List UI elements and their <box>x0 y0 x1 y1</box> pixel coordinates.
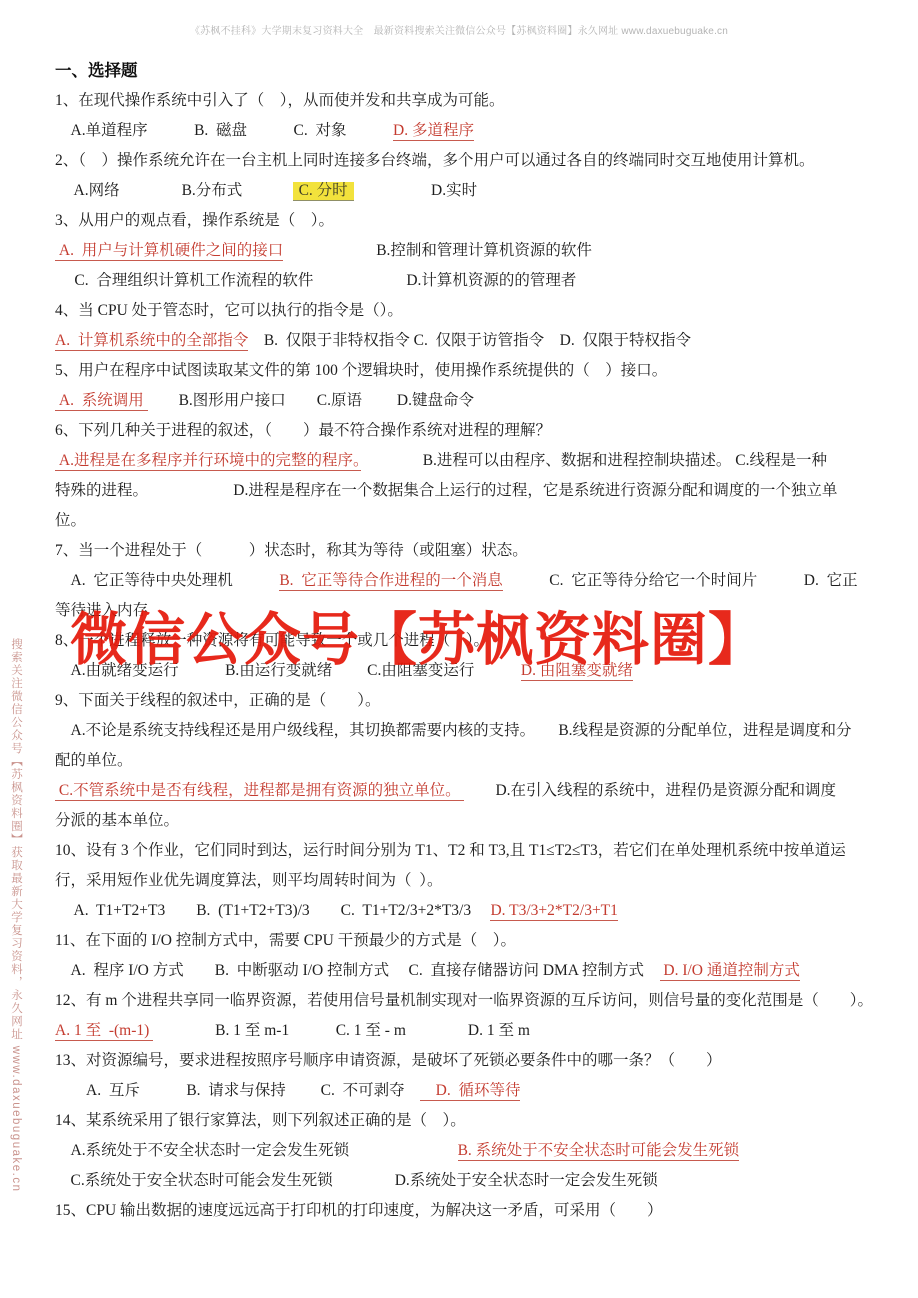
text-segment: D.在引入线程的系统中，进程仍是资源分配和调度 <box>464 782 836 799</box>
question-8-line-1: 8、一个进程释放一种资源将有可能导致一个或几个进程（ ）。 <box>55 626 887 656</box>
section-title: 一、选择题 <box>55 56 887 86</box>
question-6-answer: A.进程是在多程序并行环境中的完整的程序。 <box>55 452 361 471</box>
question-10-line-1: 10、设有 3 个作业，它们同时到达，运行时间分别为 T1、T2 和 T3,且 … <box>55 836 887 866</box>
text-segment: 行，采用短作业优先调度算法，则平均周转时间为（ ）。 <box>55 872 443 889</box>
text-segment: 13、对资源编号，要求进程按照序号顺序申请资源，是破坏了死锁必要条件中的哪一条？… <box>55 1052 722 1069</box>
question-10-answer: D. T3/3+2*T2/3+T1 <box>490 902 617 921</box>
text-segment: B.进程可以由程序、数据和进程控制块描述。 C.线程是一种 <box>361 452 827 469</box>
question-14-answer: B. 系统处于不安全状态时可能会发生死锁 <box>458 1142 740 1161</box>
question-2-line-2: A.网络 B.分布式 C. 分时 D.实时 <box>55 176 887 206</box>
text-segment: 7、当一个进程处于（ ）状态时，称其为等待（或阻塞）状态。 <box>55 542 528 559</box>
text-segment: C. 它正等待分给它一个时间片 D. 它正 <box>503 572 858 589</box>
question-13-line-1: 13、对资源编号，要求进程按照序号顺序申请资源，是破坏了死锁必要条件中的哪一条？… <box>55 1046 887 1076</box>
question-13-line-2: A. 互斥 B. 请求与保持 C. 不可剥夺 D. 循环等待 <box>55 1076 887 1106</box>
text-segment: 15、CPU 输出数据的速度远远高于打印机的打印速度，为解决这一矛盾，可采用（ … <box>55 1202 663 1219</box>
text-segment: 分派的基本单位。 <box>55 812 179 829</box>
text-segment: 4、当 CPU 处于管态时，它可以执行的指令是（）。 <box>55 302 403 319</box>
question-12-line-1: 12、有 m 个进程共享同一临界资源，若使用信号量机制实现对一临界资源的互斥访问… <box>55 986 887 1016</box>
question-4-line-1: 4、当 CPU 处于管态时，它可以执行的指令是（）。 <box>55 296 887 326</box>
question-4-answer: A. 计算机系统中的全部指令 <box>55 332 248 351</box>
question-14-line-1: 14、某系统采用了银行家算法，则下列叙述正确的是（ ）。 <box>55 1106 887 1136</box>
question-9-line-5: 分派的基本单位。 <box>55 806 887 836</box>
text-segment: 位。 <box>55 512 86 529</box>
question-6-line-3: 特殊的进程。 D.进程是程序在一个数据集合上运行的过程，它是系统进行资源分配和调… <box>55 476 887 506</box>
question-5-line-1: 5、用户在程序中试图读取某文件的第 100 个逻辑块时，使用操作系统提供的（ ）… <box>55 356 887 386</box>
question-1-line-2: A.单道程序 B. 磁盘 C. 对象 D. 多道程序 <box>55 116 887 146</box>
document-content: 一、选择题 1、在现代操作系统中引入了（ ），从而使并发和共享成为可能。 A.单… <box>55 56 887 1226</box>
question-11-line-2: A. 程序 I/O 方式 B. 中断驱动 I/O 控制方式 C. 直接存储器访问… <box>55 956 887 986</box>
question-10-line-3: A. T1+T2+T3 B. (T1+T2+T3)/3 C. T1+T2/3+2… <box>55 896 887 926</box>
text-segment: A.系统处于不安全状态时一定会发生死锁 <box>55 1142 458 1159</box>
text-segment: A.由就绪变运行 B.由运行变就绪 C.由阻塞变运行 <box>55 662 521 679</box>
question-7-line-3: 等待进入内存 <box>55 596 887 626</box>
question-3-line-1: 3、从用户的观点看，操作系统是（ ）。 <box>55 206 887 236</box>
question-5-line-2: A. 系统调用 B.图形用户接口 C.原语 D.键盘命令 <box>55 386 887 416</box>
text-segment: 9、下面关于线程的叙述中，正确的是（ ）。 <box>55 692 381 709</box>
question-11-line-1: 11、在下面的 I/O 控制方式中，需要 CPU 干预最少的方式是（ ）。 <box>55 926 887 956</box>
question-8-line-2: A.由就绪变运行 B.由运行变就绪 C.由阻塞变运行 D. 由阻塞变就绪 <box>55 656 887 686</box>
text-segment: B. 1 至 m-1 C. 1 至 - m D. 1 至 m <box>153 1022 530 1039</box>
question-6-line-2: A.进程是在多程序并行环境中的完整的程序。 B.进程可以由程序、数据和进程控制块… <box>55 446 887 476</box>
text-segment: 3、从用户的观点看，操作系统是（ ）。 <box>55 212 334 229</box>
question-6-line-4: 位。 <box>55 506 887 536</box>
question-7-line-2: A. 它正等待中央处理机 B. 它正等待合作进程的一个消息 C. 它正等待分给它… <box>55 566 887 596</box>
question-12-answer: A. 1 至 -(m-1) <box>55 1022 153 1041</box>
text-segment: 等待进入内存 <box>55 602 148 619</box>
text-segment: 11、在下面的 I/O 控制方式中，需要 CPU 干预最少的方式是（ ）。 <box>55 932 516 949</box>
text-segment: A. 互斥 B. 请求与保持 C. 不可剥夺 <box>55 1082 420 1099</box>
text-segment: 8、一个进程释放一种资源将有可能导致一个或几个进程（ ）。 <box>55 632 489 649</box>
question-9-line-1: 9、下面关于线程的叙述中，正确的是（ ）。 <box>55 686 887 716</box>
question-13-answer: D. 循环等待 <box>420 1082 520 1101</box>
text-segment: 5、用户在程序中试图读取某文件的第 100 个逻辑块时，使用操作系统提供的（ ）… <box>55 362 667 379</box>
question-3-answer: A. 用户与计算机硬件之间的接口 <box>55 242 283 261</box>
page-header-watermark: 《苏枫不挂科》大学期末复习资料大全 最新资料搜索关注微信公众号【苏枫资料圈】永久… <box>0 22 918 37</box>
text-segment: C.系统处于安全状态时可能会发生死锁 D.系统处于安全状态时一定会发生死锁 <box>55 1172 658 1189</box>
question-14-line-2: A.系统处于不安全状态时一定会发生死锁 B. 系统处于不安全状态时可能会发生死锁 <box>55 1136 887 1166</box>
question-9-line-2: A.不论是系统支持线程还是用户级线程，其切换都需要内核的支持。 B.线程是资源的… <box>55 716 887 746</box>
text-segment: 配的单位。 <box>55 752 133 769</box>
question-2-highlighted-answer: C. 分时 <box>293 182 354 201</box>
text-segment: B.图形用户接口 C.原语 D.键盘命令 <box>148 392 474 409</box>
question-9-answer: C.不管系统中是否有线程，进程都是拥有资源的独立单位。 <box>55 782 464 801</box>
document-page: 《苏枫不挂科》大学期末复习资料大全 最新资料搜索关注微信公众号【苏枫资料圈】永久… <box>0 0 918 1298</box>
question-5-answer: A. 系统调用 <box>55 392 148 411</box>
question-1-answer: D. 多道程序 <box>393 122 474 141</box>
question-14-line-3: C.系统处于安全状态时可能会发生死锁 D.系统处于安全状态时一定会发生死锁 <box>55 1166 887 1196</box>
watermark-left-vertical: 搜索关注微信公众号【苏枫资料圈】获取最新大学复习资料，永久网址 www.daxu… <box>8 638 24 1078</box>
text-segment: A. T1+T2+T3 B. (T1+T2+T3)/3 C. T1+T2/3+2… <box>55 902 490 919</box>
text-segment: 14、某系统采用了银行家算法，则下列叙述正确的是（ ）。 <box>55 1112 466 1129</box>
question-7-answer: B. 它正等待合作进程的一个消息 <box>279 572 502 591</box>
question-3-line-2: A. 用户与计算机硬件之间的接口 B.控制和管理计算机资源的软件 <box>55 236 887 266</box>
question-4-line-2: A. 计算机系统中的全部指令 B. 仅限于非特权指令 C. 仅限于访管指令 D.… <box>55 326 887 356</box>
text-segment: 1、在现代操作系统中引入了（ ），从而使并发和共享成为可能。 <box>55 92 505 109</box>
question-11-answer: D. I/O 通道控制方式 <box>660 962 800 981</box>
text-segment: A. 程序 I/O 方式 B. 中断驱动 I/O 控制方式 C. 直接存储器访问… <box>55 962 660 979</box>
text-segment: B. 仅限于非特权指令 C. 仅限于访管指令 D. 仅限于特权指令 <box>248 332 691 349</box>
question-8-answer: D. 由阻塞变就绪 <box>521 662 633 681</box>
question-6-line-1: 6、下列几种关于进程的叙述，（ ）最不符合操作系统对进程的理解？ <box>55 416 887 446</box>
questions: 1、在现代操作系统中引入了（ ），从而使并发和共享成为可能。 A.单道程序 B.… <box>55 86 887 1226</box>
text-segment: C. 合理组织计算机工作流程的软件 D.计算机资源的的管理者 <box>55 272 576 289</box>
question-15-line-1: 15、CPU 输出数据的速度远远高于打印机的打印速度，为解决这一矛盾，可采用（ … <box>55 1196 887 1226</box>
question-1-line-1: 1、在现代操作系统中引入了（ ），从而使并发和共享成为可能。 <box>55 86 887 116</box>
text-segment: 6、下列几种关于进程的叙述，（ ）最不符合操作系统对进程的理解？ <box>55 422 551 439</box>
question-3-line-3: C. 合理组织计算机工作流程的软件 D.计算机资源的的管理者 <box>55 266 887 296</box>
text-segment: A. 它正等待中央处理机 <box>55 572 279 589</box>
text-segment: B.控制和管理计算机资源的软件 <box>283 242 592 259</box>
text-segment: A.网络 B.分布式 <box>55 182 293 199</box>
text-segment: 12、有 m 个进程共享同一临界资源，若使用信号量机制实现对一临界资源的互斥访问… <box>55 992 873 1009</box>
text-segment: D.实时 <box>354 182 478 199</box>
text-segment: 2、（ ）操作系统允许在一台主机上同时连接多台终端，多个用户可以通过各自的终端同… <box>55 152 815 169</box>
question-7-line-1: 7、当一个进程处于（ ）状态时，称其为等待（或阻塞）状态。 <box>55 536 887 566</box>
question-10-line-2: 行，采用短作业优先调度算法，则平均周转时间为（ ）。 <box>55 866 887 896</box>
text-segment: A.单道程序 B. 磁盘 C. 对象 <box>55 122 393 139</box>
question-9-line-3: 配的单位。 <box>55 746 887 776</box>
question-2-line-1: 2、（ ）操作系统允许在一台主机上同时连接多台终端，多个用户可以通过各自的终端同… <box>55 146 887 176</box>
text-segment: 特殊的进程。 D.进程是程序在一个数据集合上运行的过程，它是系统进行资源分配和调… <box>55 482 837 499</box>
text-segment: A.不论是系统支持线程还是用户级线程，其切换都需要内核的支持。 B.线程是资源的… <box>55 722 852 739</box>
question-9-line-4: C.不管系统中是否有线程，进程都是拥有资源的独立单位。 D.在引入线程的系统中，… <box>55 776 887 806</box>
text-segment: 10、设有 3 个作业，它们同时到达，运行时间分别为 T1、T2 和 T3,且 … <box>55 842 846 859</box>
question-12-line-2: A. 1 至 -(m-1) B. 1 至 m-1 C. 1 至 - m D. 1… <box>55 1016 887 1046</box>
